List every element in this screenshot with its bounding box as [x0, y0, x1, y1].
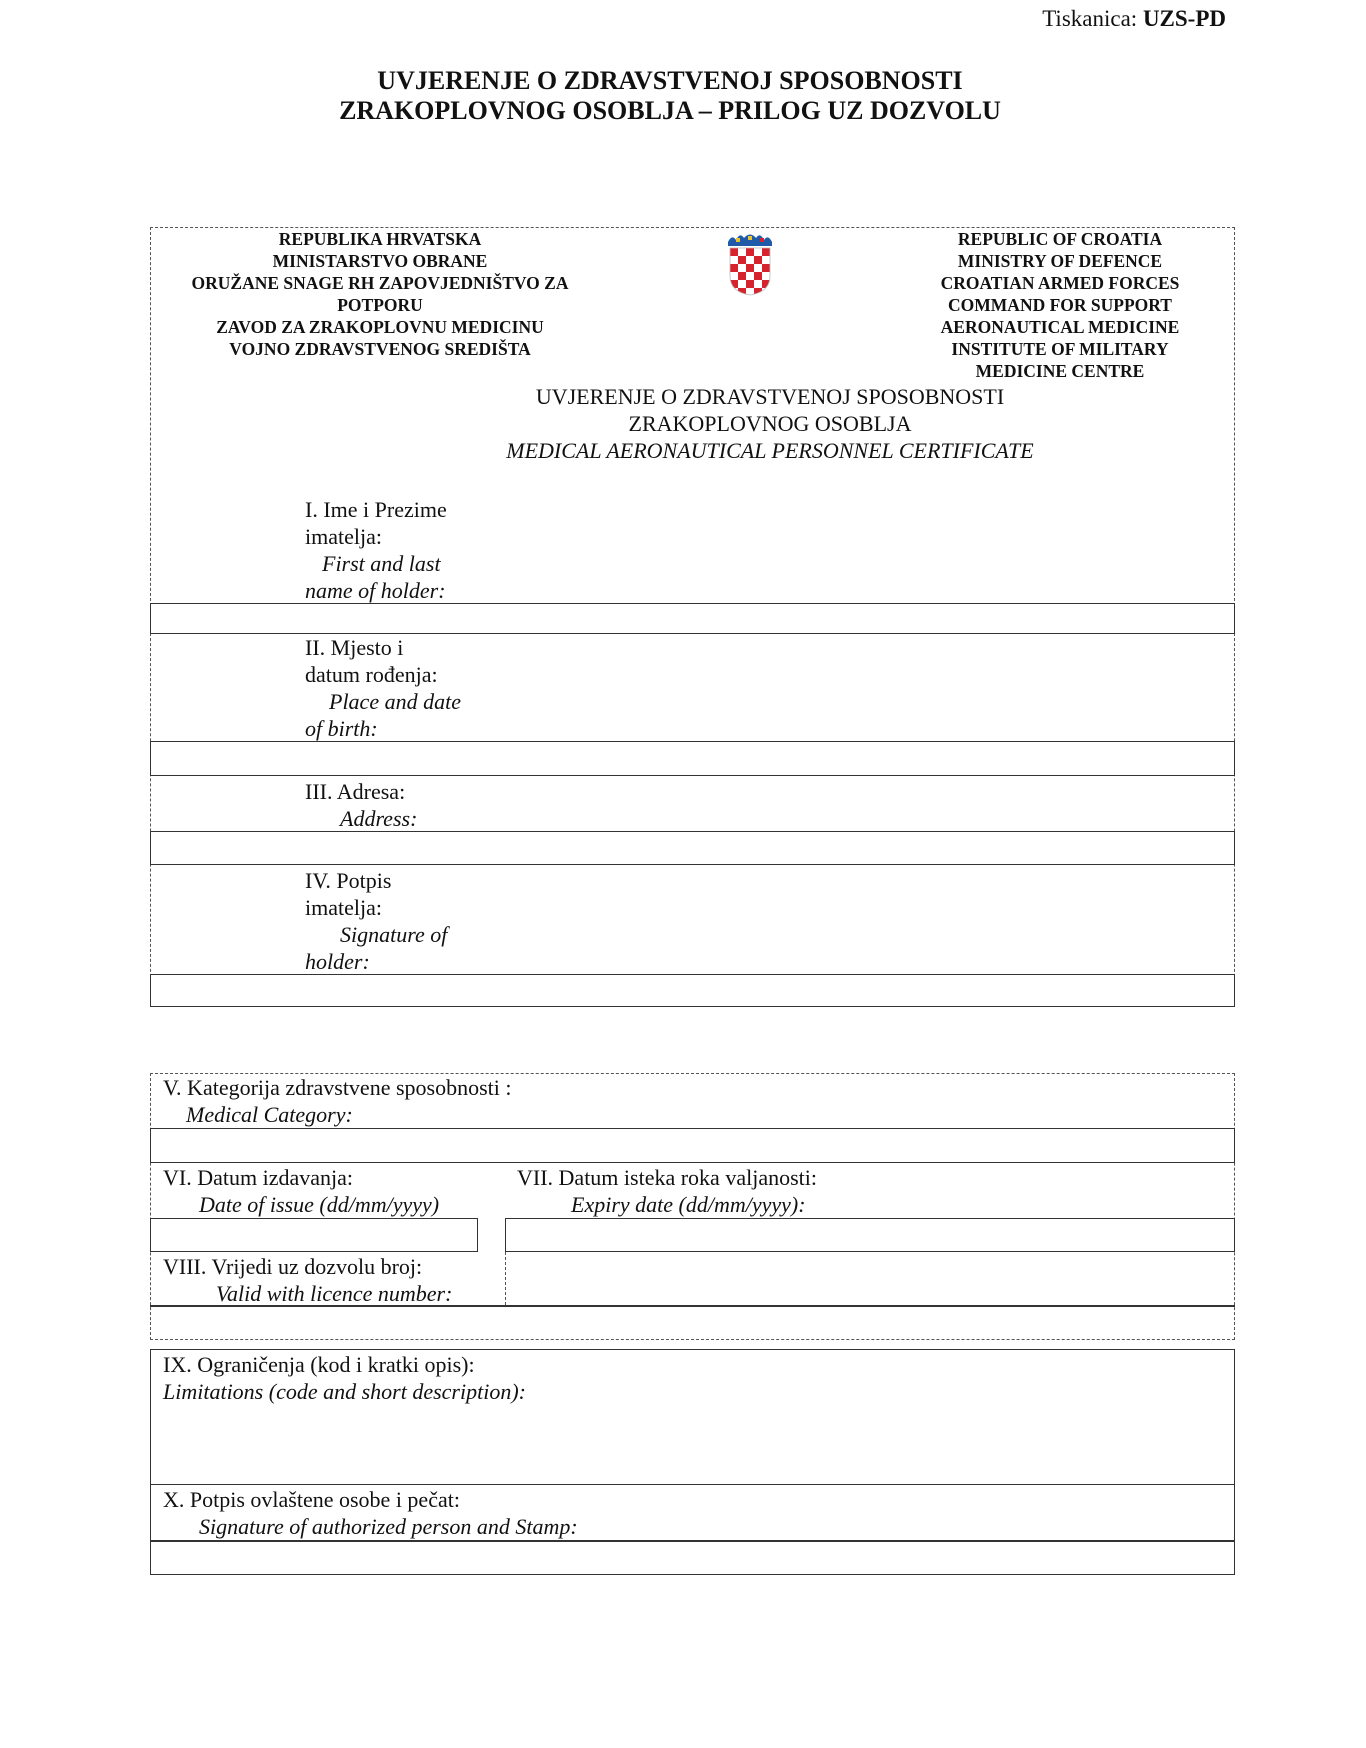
address-label: III. Adresa: Address:: [305, 778, 417, 832]
label-en: Valid with licence number:: [163, 1280, 452, 1307]
label-en: Address:: [305, 805, 417, 832]
org-line: ZAVOD ZA ZRAKOPLOVNU MEDICINU: [160, 316, 600, 338]
label-hr: III. Adresa:: [305, 778, 417, 805]
croatian-coat-of-arms-icon: [726, 232, 774, 296]
org-line: MEDICINE CENTRE: [900, 360, 1220, 382]
org-line: REPUBLIC OF CROATIA: [900, 228, 1220, 250]
label-en: holder:: [305, 948, 447, 975]
org-line: AERONAUTICAL MEDICINE: [900, 316, 1220, 338]
org-line: REPUBLIKA HRVATSKA: [160, 228, 600, 250]
label-en: of birth:: [305, 715, 461, 742]
issuer-org-croatian: REPUBLIKA HRVATSKA MINISTARSTVO OBRANE O…: [160, 228, 600, 360]
holder-signature-label: IV. Potpis imatelja: Signature of holder…: [305, 867, 447, 975]
label-en: Date of issue (dd/mm/yyyy): [163, 1191, 439, 1218]
expiry-date-field[interactable]: [505, 1218, 1235, 1252]
org-line: MINISTARSTVO OBRANE: [160, 250, 600, 272]
org-line: VOJNO ZDRAVSTVENOG SREDIŠTA: [160, 338, 600, 360]
label-en: First and last: [305, 550, 447, 577]
column-divider: [505, 1252, 506, 1305]
org-line: CROATIAN ARMED FORCES: [900, 272, 1220, 294]
form-id-code: UZS-PD: [1143, 6, 1226, 31]
medical-category-field[interactable]: [150, 1128, 1235, 1163]
medical-category-label: V. Kategorija zdravstvene sposobnosti : …: [163, 1074, 511, 1128]
address-field[interactable]: [150, 831, 1235, 865]
holder-name-field[interactable]: [150, 603, 1235, 634]
label-hr: X. Potpis ovlaštene osobe i pečat:: [163, 1486, 578, 1513]
label-hr: I. Ime i Prezime: [305, 496, 447, 523]
holder-name-label: I. Ime i Prezime imatelja: First and las…: [305, 496, 447, 604]
label-en: Medical Category:: [163, 1101, 511, 1128]
label-en: Expiry date (dd/mm/yyyy):: [517, 1191, 817, 1218]
authorized-signature-field[interactable]: [150, 1542, 1235, 1575]
issue-date-field[interactable]: [150, 1218, 478, 1252]
org-line: MINISTRY OF DEFENCE: [900, 250, 1220, 272]
label-hr: VI. Datum izdavanja:: [163, 1164, 439, 1191]
certificate-title-line: UVJERENJE O ZDRAVSTVENOJ SPOSOBNOSTI: [420, 383, 1120, 410]
birth-place-date-field[interactable]: [150, 741, 1235, 776]
label-hr: VIII. Vrijedi uz dozvolu broj:: [163, 1253, 452, 1280]
label-hr: imatelja:: [305, 523, 447, 550]
expiry-date-label: VII. Datum isteka roka valjanosti: Expir…: [517, 1164, 817, 1218]
org-line: COMMAND FOR SUPPORT: [900, 294, 1220, 316]
org-line: POTPORU: [160, 294, 600, 316]
label-en: Signature of authorized person and Stamp…: [163, 1513, 578, 1540]
label-hr: IX. Ograničenja (kod i kratki opis):: [163, 1351, 526, 1378]
label-hr: II. Mjesto i: [305, 634, 461, 661]
label-hr: V. Kategorija zdravstvene sposobnosti :: [163, 1074, 511, 1101]
form-id-prefix: Tiskanica:: [1042, 6, 1137, 31]
issue-date-label: VI. Datum izdavanja: Date of issue (dd/m…: [163, 1164, 439, 1218]
limitations-label: IX. Ograničenja (kod i kratki opis): Lim…: [163, 1351, 526, 1405]
document-title-line: UVJERENJE O ZDRAVSTVENOJ SPOSOBNOSTI: [0, 66, 1340, 96]
licence-number-field[interactable]: [150, 1306, 1235, 1340]
label-hr: datum rođenja:: [305, 661, 461, 688]
org-line: ORUŽANE SNAGE RH ZAPOVJEDNIŠTVO ZA: [160, 272, 600, 294]
label-hr: VII. Datum isteka roka valjanosti:: [517, 1164, 817, 1191]
certificate-title-english: MEDICAL AERONAUTICAL PERSONNEL CERTIFICA…: [420, 437, 1120, 464]
document-title-line: ZRAKOPLOVNOG OSOBLJA – PRILOG UZ DOZVOLU: [0, 96, 1340, 126]
label-en: Signature of: [305, 921, 447, 948]
label-en: name of holder:: [305, 577, 447, 604]
label-hr: imatelja:: [305, 894, 447, 921]
document-title: UVJERENJE O ZDRAVSTVENOJ SPOSOBNOSTI ZRA…: [0, 66, 1340, 126]
issuer-org-english: REPUBLIC OF CROATIA MINISTRY OF DEFENCE …: [900, 228, 1220, 382]
org-line: INSTITUTE OF MILITARY: [900, 338, 1220, 360]
certificate-title: UVJERENJE O ZDRAVSTVENOJ SPOSOBNOSTI ZRA…: [420, 383, 1120, 464]
birth-place-date-label: II. Mjesto i datum rođenja: Place and da…: [305, 634, 461, 742]
label-en: Place and date: [305, 688, 461, 715]
authorized-signature-label: X. Potpis ovlaštene osobe i pečat: Signa…: [163, 1486, 578, 1540]
label-hr: IV. Potpis: [305, 867, 447, 894]
licence-number-label: VIII. Vrijedi uz dozvolu broj: Valid wit…: [163, 1253, 452, 1307]
certificate-title-line: ZRAKOPLOVNOG OSOBLJA: [420, 410, 1120, 437]
label-en: Limitations (code and short description)…: [163, 1378, 526, 1405]
holder-signature-field[interactable]: [150, 974, 1235, 1007]
form-identifier: Tiskanica: UZS-PD: [1042, 6, 1226, 32]
